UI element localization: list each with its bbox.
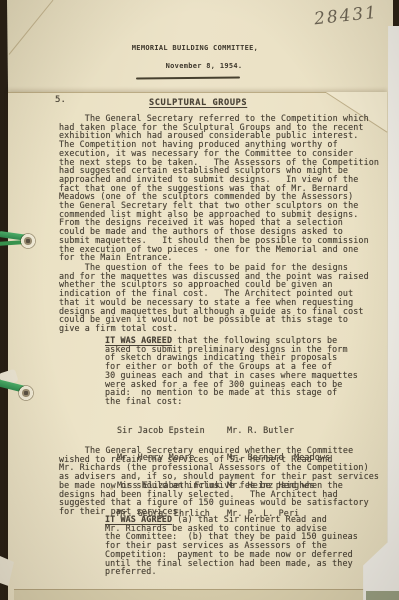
resolution-assessors: IT WAS AGREED (a) that Sir Herbert Read …	[105, 515, 358, 576]
paragraph-assessors: The General Secretary enquired whether t…	[59, 446, 379, 516]
bottom-page-edge	[14, 589, 393, 600]
committee-header: MEMORIAL BUILDING COMMITTEE, November 8,…	[95, 44, 295, 80]
board-edge	[366, 591, 399, 600]
committee-title: MEMORIAL BUILDING COMMITTEE,	[132, 44, 258, 52]
paragraph-competition: The General Secretary referred to the Co…	[59, 114, 379, 262]
resolution-text: that the following sculptors be asked to…	[105, 335, 358, 406]
sculptor-name: Mr. R. Butler	[227, 425, 294, 435]
section-number: 5.	[55, 96, 66, 105]
resolution-sculptors: IT WAS AGREED that the following sculpto…	[105, 336, 358, 406]
sculptor-name: Sir Jacob Epstein	[117, 426, 227, 435]
top-sheet-edge-line	[8, 92, 326, 93]
committee-date: November 8, 1954.	[166, 62, 243, 70]
resolution-text: (a) that Sir Herbert Read and Mr. Richar…	[105, 514, 358, 576]
section-heading: SCULPTURAL GROUPS	[149, 99, 247, 108]
sculptor-row: Sir Jacob EpsteinMr. R. Butler	[117, 426, 330, 435]
punch-hole-eyelet	[18, 385, 34, 401]
archive-photo: MEMORIAL BUILDING COMMITTEE, November 8,…	[0, 0, 399, 600]
paragraph-fees: The question of the fees to be paid for …	[59, 263, 369, 333]
punch-hole-eyelet	[20, 233, 36, 249]
